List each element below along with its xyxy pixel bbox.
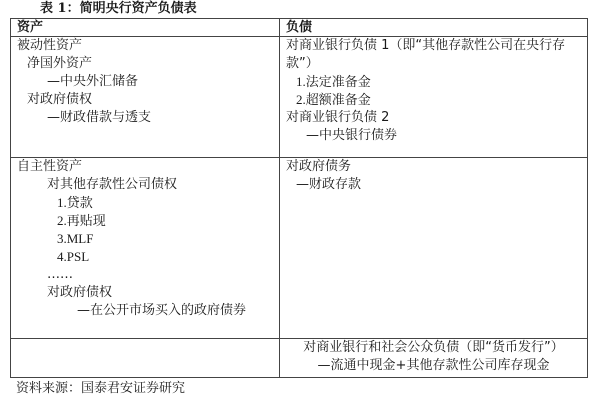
- assets-cell: 自主性资产 对其他存款性公司债权 1.贷款 2.再贴现 3.MLF 4.PSL …: [11, 158, 280, 339]
- asset-line: —财政借款与透支: [17, 109, 279, 127]
- liabilities-cell: 对商业银行负债 1（即“其他存款性公司在央行存款”） 1.法定准备金 2.超额准…: [280, 37, 588, 158]
- liability-line: 对商业银行和社会公众负债（即“货币发行”）: [280, 339, 587, 357]
- liability-line: —流通中现金+其他存款性公司库存现金: [280, 357, 587, 375]
- assets-cell-empty: [11, 339, 280, 378]
- asset-line: 被动性资产: [17, 37, 279, 55]
- source-note: 资料来源：国泰君安证券研究: [16, 380, 185, 398]
- asset-line: ……: [17, 266, 279, 284]
- balance-sheet-table: 资产 负债 被动性资产 净国外资产 —中央外汇储备 对政府债权 —财政借款与透支…: [10, 18, 588, 378]
- liability-line: 1.法定准备金: [286, 73, 587, 91]
- asset-line: 净国外资产: [17, 55, 279, 73]
- asset-line: —中央外汇储备: [17, 73, 279, 91]
- asset-line: 自主性资产: [17, 158, 279, 176]
- asset-line: 1.贷款: [17, 194, 279, 212]
- table-row-currency: 对商业银行和社会公众负债（即“货币发行”） —流通中现金+其他存款性公司库存现金: [11, 339, 588, 378]
- liability-line: 对商业银行负债 1（即“其他存款性公司在央行存款”）: [286, 37, 587, 73]
- asset-line: —在公开市场买入的政府债券: [17, 302, 279, 320]
- table-title: 表 1：简明央行资产负债表: [40, 1, 197, 17]
- assets-cell: 被动性资产 净国外资产 —中央外汇储备 对政府债权 —财政借款与透支: [11, 37, 280, 158]
- liability-line: —中央银行债券: [286, 127, 587, 145]
- liability-line: 对政府债务: [286, 158, 587, 176]
- asset-line: 对政府债权: [17, 284, 279, 302]
- liability-line: —财政存款: [286, 176, 587, 194]
- table-header-row: 资产 负债: [11, 19, 588, 37]
- liabilities-cell: 对政府债务 —财政存款: [280, 158, 588, 339]
- table-row-active: 自主性资产 对其他存款性公司债权 1.贷款 2.再贴现 3.MLF 4.PSL …: [11, 158, 588, 339]
- asset-line: 对政府债权: [17, 91, 279, 109]
- asset-line: 对其他存款性公司债权: [17, 176, 279, 194]
- header-assets: 资产: [11, 19, 280, 37]
- table-row-passive: 被动性资产 净国外资产 —中央外汇储备 对政府债权 —财政借款与透支 对商业银行…: [11, 37, 588, 158]
- liability-line: 对商业银行负债 2: [286, 109, 587, 127]
- header-liabilities: 负债: [280, 19, 588, 37]
- liabilities-cell: 对商业银行和社会公众负债（即“货币发行”） —流通中现金+其他存款性公司库存现金: [280, 339, 588, 378]
- liability-line: 2.超额准备金: [286, 91, 587, 109]
- asset-line: 2.再贴现: [17, 212, 279, 230]
- asset-line: 3.MLF: [17, 230, 279, 248]
- asset-line: 4.PSL: [17, 248, 279, 266]
